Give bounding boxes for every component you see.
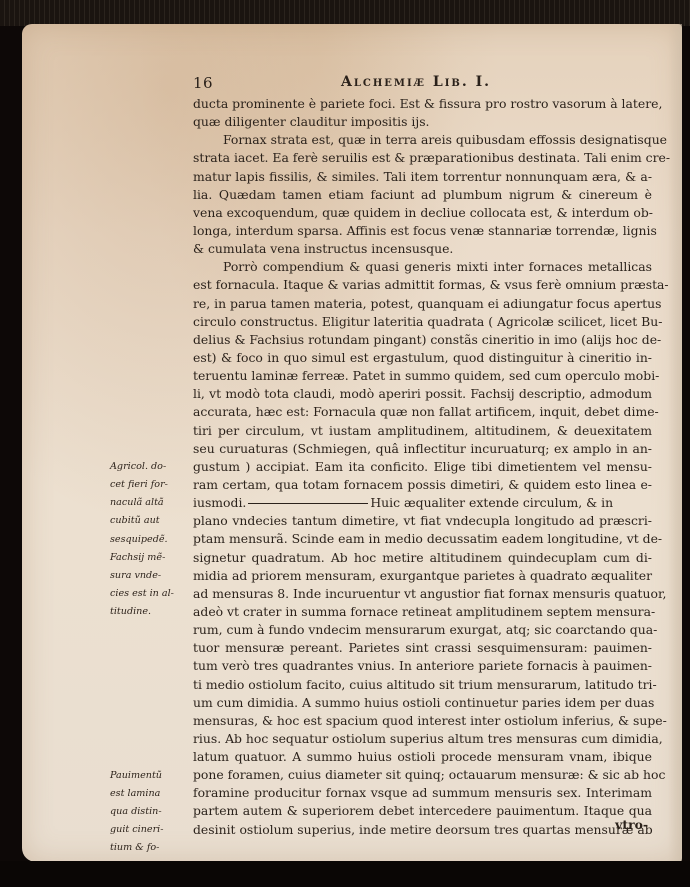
marginal-line: tium & fo- <box>110 839 192 857</box>
text-line: seu curuaturas (Schmiegen, quâ inflectit… <box>193 440 652 458</box>
page-edge <box>668 24 682 862</box>
text-line: ram certam, qua totam fornacem possis di… <box>193 476 652 494</box>
marginal-line: qua distin- <box>110 803 192 821</box>
marginal-line: sesquipedẽ. <box>110 531 192 549</box>
text-line: adeò vt crater in summa fornace retineat… <box>193 603 652 621</box>
text-fragment: Huic æqualiter extende circulum, & in <box>370 495 613 510</box>
text-line: ptam mensurã. Scinde eam in medio decuss… <box>193 530 652 548</box>
marginal-note-agricola: Agricol. do-cet fieri for-naculã altãcub… <box>110 458 192 621</box>
marginal-line: cies est in al- <box>110 585 192 603</box>
marginal-line: sura vnde- <box>110 567 192 585</box>
text-line: desinit ostiolum superius, inde metire d… <box>193 821 652 839</box>
text-line: foramine producitur fornax vsque ad summ… <box>193 784 652 802</box>
text-line: tiri per circulum, vt iustam amplitudine… <box>193 422 652 440</box>
text-line: tuor mensuræ pereant. Parietes sint cras… <box>193 639 652 657</box>
text-line: Fornax strata est, quæ in terra areis qu… <box>193 131 652 149</box>
text-fragment: iusmodi. <box>193 495 246 510</box>
text-line: matur lapis fissilis, & similes. Tali it… <box>193 168 652 186</box>
text-line: pone foramen, cuius diameter sit quinq; … <box>193 766 652 784</box>
text-line: circulo constructus. Eligitur lateritia … <box>193 313 652 331</box>
marginal-line: Agricol. do- <box>110 458 192 476</box>
text-line: re, in parua tamen materia, potest, quan… <box>193 295 652 313</box>
scan-background-top <box>0 0 690 26</box>
text-line: strata iacet. Ea ferè seruilis est & præ… <box>193 149 652 167</box>
text-line: delius & Fachsius rotundam pingant) cons… <box>193 331 652 349</box>
text-line: midia ad priorem mensuram, exurgantque p… <box>193 567 652 585</box>
marginal-line: Pauimentũ <box>110 767 192 785</box>
marginal-line: cubitũ aut <box>110 512 192 530</box>
text-line: lia. Quædam tamen etiam faciunt ad plumb… <box>193 186 652 204</box>
text-line: um cum dimidia. A summo huius ostioli co… <box>193 694 652 712</box>
book-page: 16 Alchemiæ Lib. I. ducta prominente è p… <box>22 24 682 862</box>
text-line: tum verò tres quadrantes vnius. In anter… <box>193 657 652 675</box>
text-line: ad mensuras 8. Inde incuruentur vt angus… <box>193 585 652 603</box>
scan-background-bottom <box>0 861 690 887</box>
text-line: latum quatuor. A summo huius ostioli pro… <box>193 748 652 766</box>
text-line: teruentu laminæ ferreæ. Patet in summo q… <box>193 367 652 385</box>
text-line: longa, interdum sparsa. Affinis est focu… <box>193 222 652 240</box>
text-line: ducta prominente è pariete foci. Est & f… <box>193 95 652 113</box>
marginal-line: Fachsij mẽ- <box>110 549 192 567</box>
text-line: vena excoquendum, quæ quidem in decliue … <box>193 204 652 222</box>
marginal-line: titudine. <box>110 603 192 621</box>
text-line: li, vt modò tota claudi, modò aperiri po… <box>193 385 652 403</box>
text-line: plano vndecies tantum dimetire, vt fiat … <box>193 512 652 530</box>
body-text: ducta prominente è pariete foci. Est & f… <box>193 95 652 839</box>
text-line: est) & foco in quo simul est ergastulum,… <box>193 349 652 367</box>
marginal-line: est lamina <box>110 785 192 803</box>
running-title: Alchemiæ Lib. I. <box>341 74 491 90</box>
measure-rule-line <box>248 503 368 504</box>
text-line: quæ diligenter clauditur impositis ijs. <box>193 113 652 131</box>
marginal-note-pauimentum: Pauimentũest laminaqua distin-guit ciner… <box>110 767 192 858</box>
page-number: 16 <box>193 74 213 92</box>
text-line: partem autem & superiorem debet interced… <box>193 802 652 820</box>
text-line: & cumulata vena instructus incensusque. <box>193 240 652 258</box>
text-line: ti medio ostiolum facito, cuius altitudo… <box>193 676 652 694</box>
text-line: Porrò compendium & quasi generis mixti i… <box>193 258 652 276</box>
text-line: signetur quadratum. Ab hoc metire altitu… <box>193 549 652 567</box>
marginal-line: cet fieri for- <box>110 476 192 494</box>
marginal-line: naculã altã <box>110 494 192 512</box>
text-line: iusmodi.Huic æqualiter extende circulum,… <box>193 494 652 512</box>
text-line: mensuras, & hoc est spacium quod interes… <box>193 712 652 730</box>
marginal-line: guit cineri- <box>110 821 192 839</box>
catchword: vtro- <box>615 817 648 832</box>
text-line: rum, cum à fundo vndecim mensurarum exur… <box>193 621 652 639</box>
running-head: 16 Alchemiæ Lib. I. <box>22 74 682 94</box>
text-line: est fornacula. Itaque & varias admittit … <box>193 276 652 294</box>
text-line: rius. Ab hoc sequatur ostiolum superius … <box>193 730 652 748</box>
text-line: gustum ) accipiat. Eam ita conficito. El… <box>193 458 652 476</box>
text-line: accurata, hæc est: Fornacula quæ non fal… <box>193 403 652 421</box>
